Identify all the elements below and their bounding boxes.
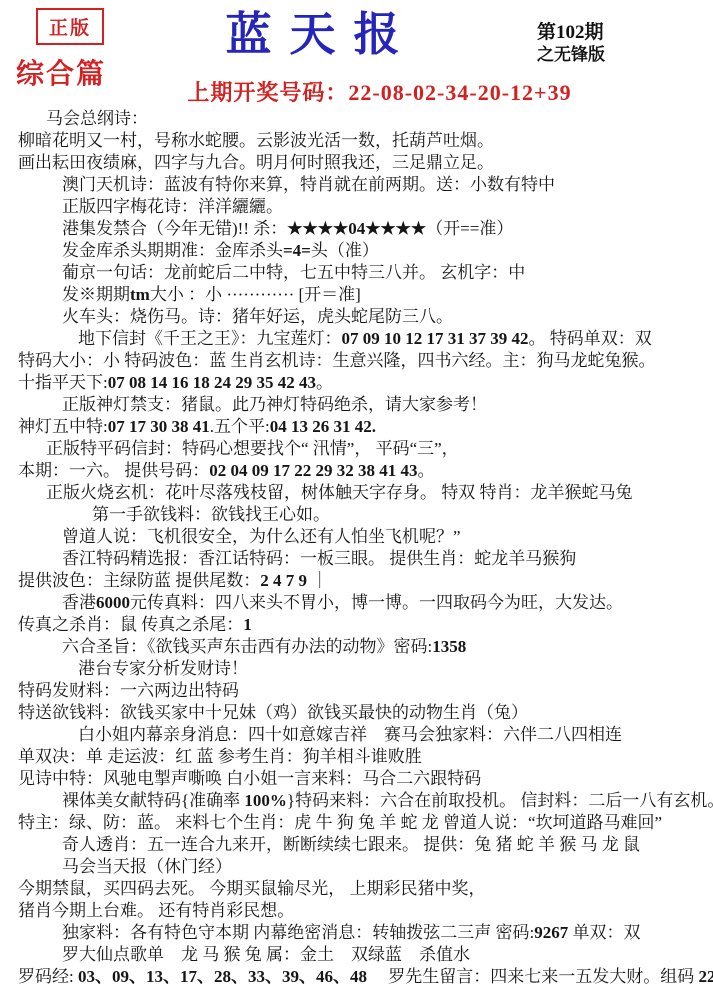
content-lines: 马会总纲诗：柳暗花明又一村，号称水蛇腰。云影波光活一数，托葫芦吐烟。画出耘田夜绩… xyxy=(18,108,709,988)
text-run: 罗大仙点歌单 龙 马 猴 兔 属：金土 双绿蓝 杀值水 xyxy=(62,945,470,964)
text-run-bold: 1358 xyxy=(432,637,466,656)
text-run: 见诗中特：风驰电掣声嘶唤 白小姐一言来料：马合二六跟特码 xyxy=(18,769,481,788)
text-run: 港集发禁合（今年无错)!! 杀： xyxy=(62,219,287,238)
text-run: 单双：双 xyxy=(568,923,640,942)
text-run: 特码大小：小 特码波色：蓝 生肖玄机诗：生意兴隆，四书六经。主：狗马龙蛇兔猴。 xyxy=(18,351,656,370)
text-run: 正版四字梅花诗：洋洋纚纚。 xyxy=(62,197,283,216)
text-line: 白小姐内幕亲身消息：四十如意嫁吉祥 赛马会独家料：六伴二八四相连 xyxy=(18,724,709,746)
text-run: 特码发财料：一六两边出特码 xyxy=(18,681,239,700)
text-run: 十指平天下: xyxy=(18,373,108,392)
issue-block: 第102期 之无锋版 xyxy=(537,22,605,66)
text-run: 。 xyxy=(418,461,435,480)
text-line: 柳暗花明又一村，号称水蛇腰。云影波光活一数，托葫芦吐烟。 xyxy=(18,130,709,152)
text-run: 澳门天机诗：蓝波有特你来算，特肖就在前两期。送：小数有特中 xyxy=(62,175,555,194)
text-line: 第一手欲钱料：欲钱找王心如。 xyxy=(18,504,709,526)
text-run: 白小姐内幕亲身消息：四十如意嫁吉祥 赛马会独家料：六伴二八四相连 xyxy=(78,725,622,744)
text-run: .五个平: xyxy=(210,417,270,436)
edition-label: 之无锋版 xyxy=(537,44,605,66)
text-run: 今期禁鼠，买四码去死。 今期买鼠输尽光， 上期彩民猪中奖， xyxy=(18,879,486,898)
text-line: 火车头：烧伤马。诗：猪年好运，虎头蛇尾防三八。 xyxy=(18,306,709,328)
text-line: 独家料：各有特色守本期 内幕绝密消息：转轴拨弦二三声 密码:9267 单双：双 xyxy=(18,922,709,944)
text-line: 港集发禁合（今年无错)!! 杀：★★★★04★★★★（开==准） xyxy=(18,218,709,240)
text-line: 特码发财料：一六两边出特码 xyxy=(18,680,709,702)
text-run: 提供波色：主绿防蓝 提供尾数： xyxy=(18,571,260,590)
text-run: 正版特平码信封：特码心想要找个“ 汛情”， 平码“三”， xyxy=(46,439,459,458)
text-run-bold: 9267 xyxy=(534,923,568,942)
text-run: 地下信封《千王之王》：九宝莲灯： xyxy=(78,329,342,348)
text-run-bold: 03、09、13、17、28、33、39、46、48 xyxy=(78,967,367,986)
text-line: 正版四字梅花诗：洋洋纚纚。 xyxy=(18,196,709,218)
text-run: 正版神灯禁支：猪鼠。此乃神灯特码绝杀，请大家参考！ xyxy=(62,395,487,414)
text-line: 猪肖今期上台难。 还有特肖彩民想。 xyxy=(18,900,709,922)
text-run-bold: 2 4 7 9 xyxy=(260,571,307,590)
text-line: 传真之杀肖：鼠 传真之杀尾：1 xyxy=(18,614,709,636)
text-line: 见诗中特：风驰电掣声嘶唤 白小姐一言来料：马合二六跟特码 xyxy=(18,768,709,790)
text-run: 发金库杀头期期准：金库杀头 xyxy=(62,241,283,260)
text-run: 。 xyxy=(316,373,333,392)
text-line: 单双决：单 走运波：红 蓝 参考生肖：狗羊相斗谁败胜 xyxy=(18,746,709,768)
text-run-bold: 6000 xyxy=(96,593,130,612)
text-run: 画出耘田夜绩麻，四字与九合。明月何时照我还，三足鼎立足。 xyxy=(18,153,494,172)
text-run-bold: ★★★★04★★★★ xyxy=(287,219,426,238)
text-run: 马会总纲诗： xyxy=(46,109,148,128)
text-line: 罗大仙点歌单 龙 马 猴 兔 属：金土 双绿蓝 杀值水 xyxy=(18,944,709,966)
text-line: 港台专家分析发财诗！ xyxy=(18,658,709,680)
text-run: 香港 xyxy=(62,593,96,612)
text-run: 发※期期 xyxy=(62,285,130,304)
text-run: 元传真料：四八来头不胃小，博一博。一四取码今为旺，大发达。 xyxy=(130,593,623,612)
text-run-bold: 100% xyxy=(244,791,287,810)
text-line: 提供波色：主绿防蓝 提供尾数：2 4 7 9 ｜ xyxy=(18,570,709,592)
text-line: 正版特平码信封：特码心想要找个“ 汛情”， 平码“三”， xyxy=(18,438,709,460)
text-run: 第一手欲钱料：欲钱找王心如。 xyxy=(92,505,330,524)
text-run-bold: 04 13 26 31 42. xyxy=(270,417,376,436)
text-run: ｜ xyxy=(307,571,328,590)
newspaper-page: 正版 蓝天报 第102期 之无锋版 综合篇 上期开奖号码：22-08-02-34… xyxy=(0,0,713,997)
text-line: 澳门天机诗：蓝波有特你来算，特肖就在前两期。送：小数有特中 xyxy=(18,174,709,196)
text-run: 猪肖今期上台难。 还有特肖彩民想。 xyxy=(18,901,294,920)
text-run-bold: 07 08 14 16 18 24 29 35 42 43 xyxy=(108,373,316,392)
text-run-bold: 07 17 30 38 41 xyxy=(108,417,210,436)
text-run: 港台专家分析发财诗！ xyxy=(78,659,248,678)
text-line: 马会总纲诗： xyxy=(18,108,709,130)
text-line: 地下信封《千王之王》：九宝莲灯：07 09 10 12 17 31 37 39 … xyxy=(18,328,709,350)
text-line: 画出耘田夜绩麻，四字与九合。明月何时照我还，三足鼎立足。 xyxy=(18,152,709,174)
text-run-bold: 1 xyxy=(243,615,252,634)
text-run: 神灯五中特: xyxy=(18,417,108,436)
text-line: 香江特码精选报：香江话特码：一板三眼。 提供生肖：蛇龙羊马猴狗 xyxy=(18,548,709,570)
text-line: 今期禁鼠，买四码去死。 今期买鼠输尽光， 上期彩民猪中奖， xyxy=(18,878,709,900)
text-line: 十指平天下:07 08 14 16 18 24 29 35 42 43。 xyxy=(18,372,709,394)
text-line: 神灯五中特:07 17 30 38 41.五个平:04 13 26 31 42. xyxy=(18,416,709,438)
text-line: 本期：一六。 提供号码：02 04 09 17 22 29 32 38 41 4… xyxy=(18,460,709,482)
text-run: 奇人透肖：五一连合九来开，断断续续七跟来。 提供：兔 猪 蛇 羊 猴 马 龙 鼠 xyxy=(62,835,640,854)
text-line: 正版火烧玄机：花叶尽落残枝留，树体触天字存身。 特双 特肖：龙羊猴蛇马兔 xyxy=(18,482,709,504)
text-run: 裸体美女献特码{准确率 xyxy=(62,791,244,810)
text-line: 香港6000元传真料：四八来头不胃小，博一博。一四取码今为旺，大发达。 xyxy=(18,592,709,614)
text-run: 传真之杀肖：鼠 传真之杀尾： xyxy=(18,615,243,634)
text-run: 曾道人说：飞机很安全，为什么还有人怕坐飞机呢？” xyxy=(62,527,461,546)
text-run: （开==准） xyxy=(426,219,513,238)
text-line: 奇人透肖：五一连合九来开，断断续续七跟来。 提供：兔 猪 蛇 羊 猴 马 龙 鼠 xyxy=(18,834,709,856)
text-run: 独家料：各有特色守本期 内幕绝密消息：转轴拨弦二三声 密码: xyxy=(62,923,534,942)
text-run-bold: 226139 xyxy=(698,967,713,986)
text-run: 大小 ：小 ············ [开＝准] xyxy=(150,285,361,304)
text-run: 正版火烧玄机：花叶尽落残枝留，树体触天字存身。 特双 特肖：龙羊猴蛇马兔 xyxy=(46,483,633,502)
text-line: 发※期期tm大小 ：小 ············ [开＝准] xyxy=(18,284,709,306)
text-run: 马会当天报（休门经） xyxy=(62,857,232,876)
text-line: 六合圣旨：《欲钱买声东击西有办法的动物》密码:1358 xyxy=(18,636,709,658)
text-line: 马会当天报（休门经） xyxy=(18,856,709,878)
text-run-bold: 02 04 09 17 22 29 32 38 41 43 xyxy=(209,461,417,480)
text-run: }特码来料：六合在前取投机。 信封料：二后一八有玄机。 xyxy=(287,791,713,810)
text-run: 六合圣旨：《欲钱买声东击西有办法的动物》密码: xyxy=(62,637,432,656)
text-run: 罗先生留言：四来七来一五发大财。组码 xyxy=(367,967,699,986)
text-line: 特送欲钱料：欲钱买家中十兄妹（鸡）欲钱买最快的动物生肖（兔） xyxy=(18,702,709,724)
issue-number: 第102期 xyxy=(537,22,605,44)
text-line: 罗码经: 03、09、13、17、28、33、39、46、48 罗先生留言：四来… xyxy=(18,966,709,988)
text-run-bold: tm xyxy=(130,285,150,304)
text-run: 柳暗花明又一村，号称水蛇腰。云影波光活一数，托葫芦吐烟。 xyxy=(18,131,494,150)
text-line: 特主：绿、防：蓝。 来料七个生肖：虎 牛 狗 兔 羊 蛇 龙 曾道人说：“坎坷道… xyxy=(18,812,709,834)
text-run: 葡京一句话：龙前蛇后二中特，七五中特三八并。 玄机字：中 xyxy=(62,263,525,282)
text-run-bold: =4= xyxy=(283,241,311,260)
text-line: 葡京一句话：龙前蛇后二中特，七五中特三八并。 玄机字：中 xyxy=(18,262,709,284)
text-line: 特码大小：小 特码波色：蓝 生肖玄机诗：生意兴隆，四书六经。主：狗马龙蛇兔猴。 xyxy=(18,350,709,372)
text-run: 本期：一六。 提供号码： xyxy=(18,461,209,480)
text-run: 火车头：烧伤马。诗：猪年好运，虎头蛇尾防三八。 xyxy=(62,307,453,326)
text-line: 正版神灯禁支：猪鼠。此乃神灯特码绝杀，请大家参考！ xyxy=(18,394,709,416)
last-draw-numbers: 上期开奖号码：22-08-02-34-20-12+39 xyxy=(0,76,713,107)
text-run: 。 特码单双：双 xyxy=(529,329,652,348)
text-run: 单双决：单 走运波：红 蓝 参考生肖：狗羊相斗谁败胜 xyxy=(18,747,422,766)
text-line: 曾道人说：飞机很安全，为什么还有人怕坐飞机呢？” xyxy=(18,526,709,548)
text-run: 罗码经: xyxy=(18,967,78,986)
text-run: 香江特码精选报：香江话特码：一板三眼。 提供生肖：蛇龙羊马猴狗 xyxy=(62,549,576,568)
text-run: 头（准） xyxy=(311,241,379,260)
text-line: 发金库杀头期期准：金库杀头=4=头（准） xyxy=(18,240,709,262)
text-run: 特送欲钱料：欲钱买家中十兄妹（鸡）欲钱买最快的动物生肖（兔） xyxy=(18,703,528,722)
text-run-bold: 07 09 10 12 17 31 37 39 42 xyxy=(342,329,529,348)
text-line: 裸体美女献特码{准确率 100%}特码来料：六合在前取投机。 信封料：二后一八有… xyxy=(18,790,709,812)
text-run: 特主：绿、防：蓝。 来料七个生肖：虎 牛 狗 兔 羊 蛇 龙 曾道人说：“坎坷道… xyxy=(18,813,662,832)
